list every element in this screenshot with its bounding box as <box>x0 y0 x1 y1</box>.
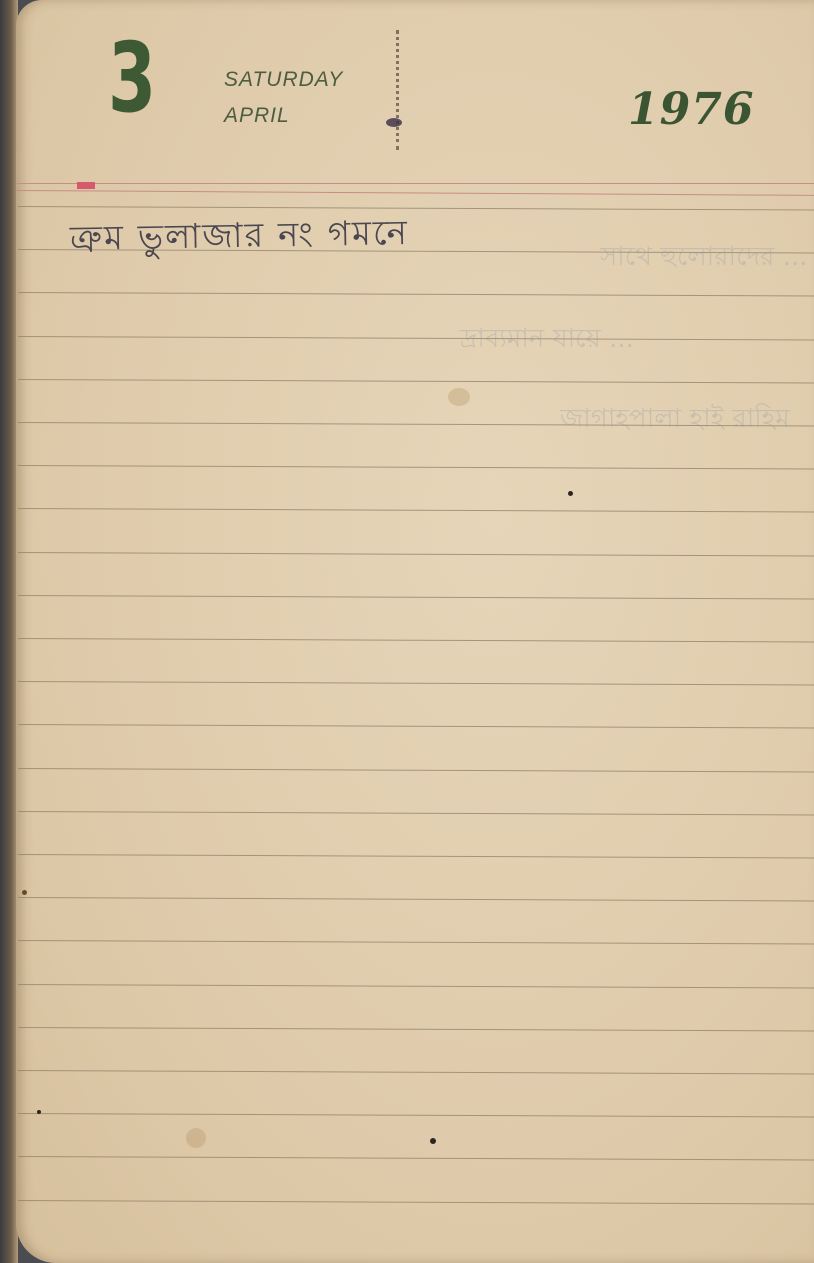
perforation-line <box>396 30 402 150</box>
ink-speck <box>37 1110 41 1114</box>
handwritten-entry: ত্রুম ভুলাজার নং গমনে <box>70 207 410 270</box>
ink-speck <box>568 491 573 496</box>
header-rule-top <box>16 183 814 184</box>
weekday-label: SATURDAY <box>224 68 343 92</box>
day-number: 3 <box>108 30 155 126</box>
bleed-through-text: সাথে হুলোরাদের ... <box>600 236 808 280</box>
paper-stain <box>448 388 470 406</box>
ink-speck <box>22 890 27 895</box>
ink-speck <box>430 1138 436 1144</box>
bleed-through-text: জাগাহপালা হাই রাহিম <box>560 398 790 442</box>
ink-blot <box>386 118 402 127</box>
year-label: 1976 <box>628 84 754 135</box>
paper-stain <box>186 1128 206 1148</box>
month-label: APRIL <box>224 104 290 128</box>
margin-marker <box>77 182 95 189</box>
bleed-through-text: দ্রাব্যমান যায়ে ... <box>460 318 634 362</box>
